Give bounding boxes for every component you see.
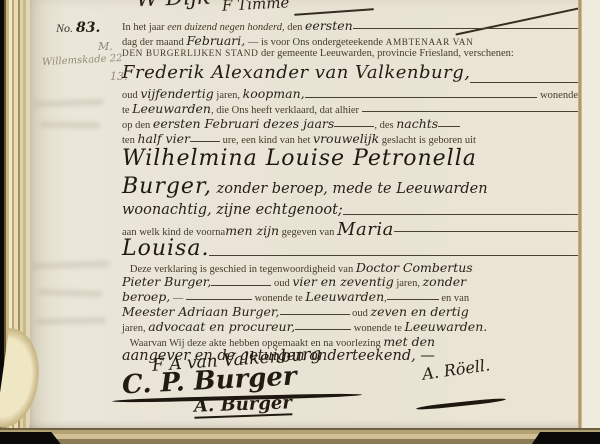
ruled-blank-line	[295, 329, 351, 330]
signature-flourish	[416, 397, 506, 410]
handwritten-text: half vier	[137, 131, 190, 146]
handwritten-text: zonder beroep, mede te Leeuwarden	[212, 181, 487, 197]
ruled-blank-line	[394, 231, 578, 232]
ruled-blank-line	[438, 126, 460, 127]
handwritten-text: Leeuwarden.	[405, 319, 488, 334]
printed-text: ure, een kind van het	[220, 135, 313, 146]
printed-text: der gemeente Leeuwarden, provincie Fries…	[258, 48, 513, 59]
handwritten-text: nachts	[396, 116, 438, 131]
act-body: In het jaar een duizend negen honderd, d…	[122, 18, 578, 365]
document-line: Pieter Burger, oud vier en zeventig jare…	[122, 274, 578, 289]
margin-pencil-note: Willemskade 22	[42, 53, 123, 68]
document-line: Deze verklaring is geschied in tegenwoor…	[122, 260, 578, 275]
handwritten-text: Meester Adriaan Burger,	[122, 304, 280, 319]
bleedthrough-mark	[38, 289, 102, 297]
bleedthrough-mark	[34, 99, 104, 107]
document-line: jaren, advocaat en procureur, wonende te…	[122, 319, 578, 334]
previous-act-signature-fragment: W Dijk	[136, 0, 211, 12]
background-corner	[532, 432, 600, 444]
printed-text: jaren,	[214, 90, 243, 101]
printed-text: een duizend negen honderd,	[167, 22, 284, 33]
handwritten-text: woonachtig, zijne echtgenoot;	[122, 202, 343, 218]
handwritten-text: vier en zeventig	[292, 274, 393, 289]
handwritten-text: vijfendertig	[140, 86, 213, 101]
printed-text: dag der maand	[122, 37, 186, 48]
book-bottom-page-edges	[0, 428, 600, 444]
document-line: te Leeuwarden, die Ons heeft verklaard, …	[122, 101, 578, 116]
ruled-blank-line	[387, 299, 439, 300]
printed-text: en van	[439, 293, 469, 304]
printed-text: wonende te	[252, 293, 305, 304]
printed-text: jaren,	[122, 323, 148, 334]
document-line: dag der maand Februari, — is voor Ons on…	[122, 33, 578, 48]
scanned-register-photo: No. 83. M.Willemskade 2213. W DijkF Timm…	[0, 0, 600, 444]
handwritten-text: Burger,	[122, 174, 212, 199]
ruled-blank-line	[211, 285, 271, 286]
ruled-blank-line	[305, 97, 538, 98]
ruled-blank-line	[190, 141, 220, 142]
printed-text: ten	[122, 135, 137, 146]
next-page-sliver	[582, 0, 600, 430]
document-line: beroep, — wonende te Leeuwarden, en van	[122, 289, 578, 304]
printed-text: oud	[271, 278, 292, 289]
handwritten-text: zonder	[423, 274, 467, 289]
act-number: No. 83.	[56, 20, 100, 36]
handwritten-text: Leeuwarden	[132, 101, 211, 116]
margin-pencil-note: M.	[98, 40, 113, 53]
handwritten-text: eersten	[305, 18, 353, 33]
printed-text: — is voor Ons ondergeteekende	[245, 37, 385, 48]
printed-text: In het jaar	[122, 22, 167, 33]
handwritten-text: Louisa.	[122, 236, 209, 261]
document-line: Meester Adriaan Burger, oud zeven en der…	[122, 304, 578, 319]
signature: A. Burger	[194, 392, 292, 416]
ruled-blank-line	[343, 214, 578, 215]
handwritten-text: Februari,	[186, 33, 245, 48]
handwritten-text: Leeuwarden	[305, 289, 384, 304]
ruled-blank-line	[209, 255, 578, 256]
document-line: aan welk kind de voornamen zijn gegeven …	[122, 219, 578, 236]
bleedthrough-mark	[36, 317, 106, 324]
handwritten-text: beroep,	[122, 289, 170, 304]
ruled-blank-line	[334, 126, 374, 127]
printed-text: op den	[122, 120, 153, 131]
document-line: Burger, zonder beroep, mede te Leeuwarde…	[122, 174, 578, 202]
ruled-blank-line	[362, 111, 578, 112]
printed-text: —	[170, 293, 186, 304]
bleedthrough-mark	[40, 121, 100, 128]
handwritten-text: eersten Februari dezes jaars	[153, 116, 334, 131]
printed-text: DEN BURGERLIJKEN STAND	[122, 49, 258, 59]
printed-text: den	[285, 22, 305, 33]
document-line: oud vijfendertig jaren, koopman, wonende	[122, 86, 578, 101]
act-number-label: No.	[56, 21, 73, 35]
document-line: In het jaar een duizend negen honderd, d…	[122, 18, 578, 33]
handwritten-text: zeven en dertig	[371, 304, 469, 319]
handwritten-text: Maria	[337, 219, 394, 240]
pen-flourish-stroke	[294, 8, 374, 15]
previous-act-signature-fragment: F Timme	[222, 0, 290, 15]
ruled-blank-line	[353, 28, 578, 29]
document-line: Wilhelmina Louise Petronella	[122, 146, 578, 174]
document-line: DEN BURGERLIJKEN STAND der gemeente Leeu…	[122, 48, 578, 63]
handwritten-text: Pieter Burger,	[122, 274, 211, 289]
handwritten-text: advocaat en procureur,	[148, 319, 295, 334]
background-corner	[0, 432, 61, 444]
printed-text: Waarvan Wij deze akte hebben opgemaakt e…	[122, 338, 383, 349]
register-page: No. 83. M.Willemskade 2213. W DijkF Timm…	[26, 0, 600, 430]
handwritten-text: Wilhelmina Louise Petronella	[122, 146, 477, 171]
printed-text: Deze verklaring is geschied in tegenwoor…	[122, 264, 356, 275]
handwritten-text: Doctor Combertus	[356, 260, 473, 275]
document-line: Frederik Alexander van Valkenburg,	[122, 62, 578, 86]
handwritten-text: vrouwelijk	[313, 131, 379, 146]
act-number-value: 83.	[76, 20, 100, 36]
printed-text: te	[122, 105, 132, 116]
document-line: Waarvan Wij deze akte hebben opgemaakt e…	[122, 334, 578, 349]
printed-text: gegeven van	[279, 227, 337, 238]
printed-text: AMBTENAAR VAN	[386, 38, 474, 48]
printed-text: wonende te	[351, 323, 404, 334]
printed-text: geslacht is geboren uit	[379, 135, 476, 146]
handwritten-text: koopman,	[243, 86, 305, 101]
ruled-blank-line	[186, 299, 252, 300]
printed-text: , des	[374, 120, 396, 131]
bleedthrough-mark	[32, 261, 110, 270]
document-line: woonachtig, zijne echtgenoot;	[122, 202, 578, 219]
document-line: ten half vier ure, een kind van het vrou…	[122, 131, 578, 146]
document-line: op den eersten Februari dezes jaars, des…	[122, 116, 578, 131]
ruled-blank-line	[470, 82, 578, 83]
printed-text: jaren,	[394, 278, 423, 289]
printed-text: oud	[350, 308, 371, 319]
handwritten-text: Frederik Alexander van Valkenburg,	[122, 62, 470, 83]
handwritten-text: men zijn	[225, 223, 279, 238]
handwritten-text: met den	[383, 334, 435, 349]
printed-text: oud	[122, 90, 140, 101]
ruled-blank-line	[280, 314, 350, 315]
printed-text: wonende	[537, 90, 578, 101]
printed-text: , die Ons heeft verklaard, dat alhier	[211, 105, 362, 116]
